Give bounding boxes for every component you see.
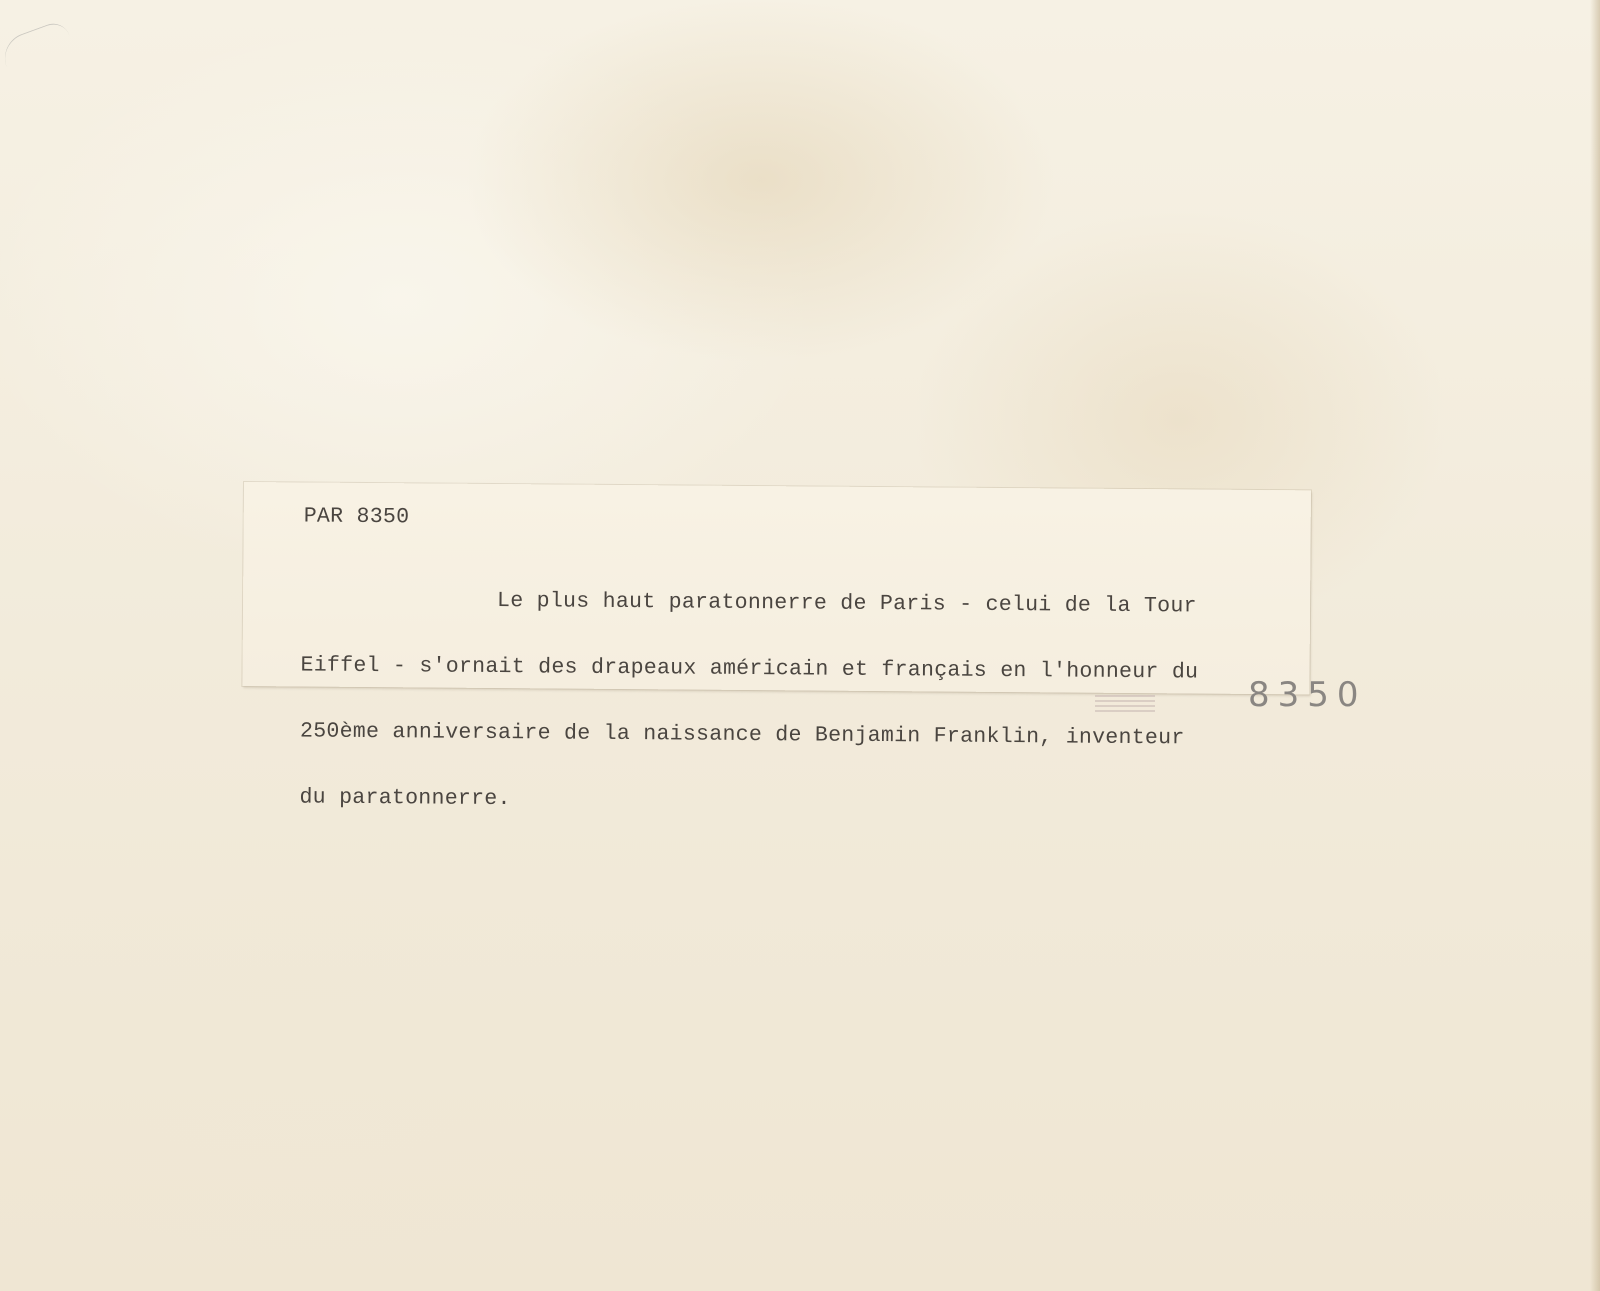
reference-number: PAR 8350 (304, 504, 410, 529)
caption-line: du paratonnerre. (299, 786, 1197, 815)
stamped-number: 8350 (1248, 675, 1367, 715)
paper-crease (0, 19, 72, 67)
caption-line: Eiffel - s'ornait des drapeaux américain… (300, 654, 1198, 683)
photo-back-paper: PAR 8350 Le plus haut paratonnerre de Pa… (0, 0, 1600, 1291)
paper-edge (1590, 0, 1600, 1291)
caption-line: Le plus haut paratonnerre de Paris - cel… (301, 588, 1199, 617)
faded-stamp-mark (1095, 695, 1155, 715)
caption-line: 250ème anniversaire de la naissance de B… (300, 720, 1198, 749)
caption-text: Le plus haut paratonnerre de Paris - cel… (299, 544, 1199, 859)
caption-label: PAR 8350 Le plus haut paratonnerre de Pa… (242, 482, 1311, 694)
